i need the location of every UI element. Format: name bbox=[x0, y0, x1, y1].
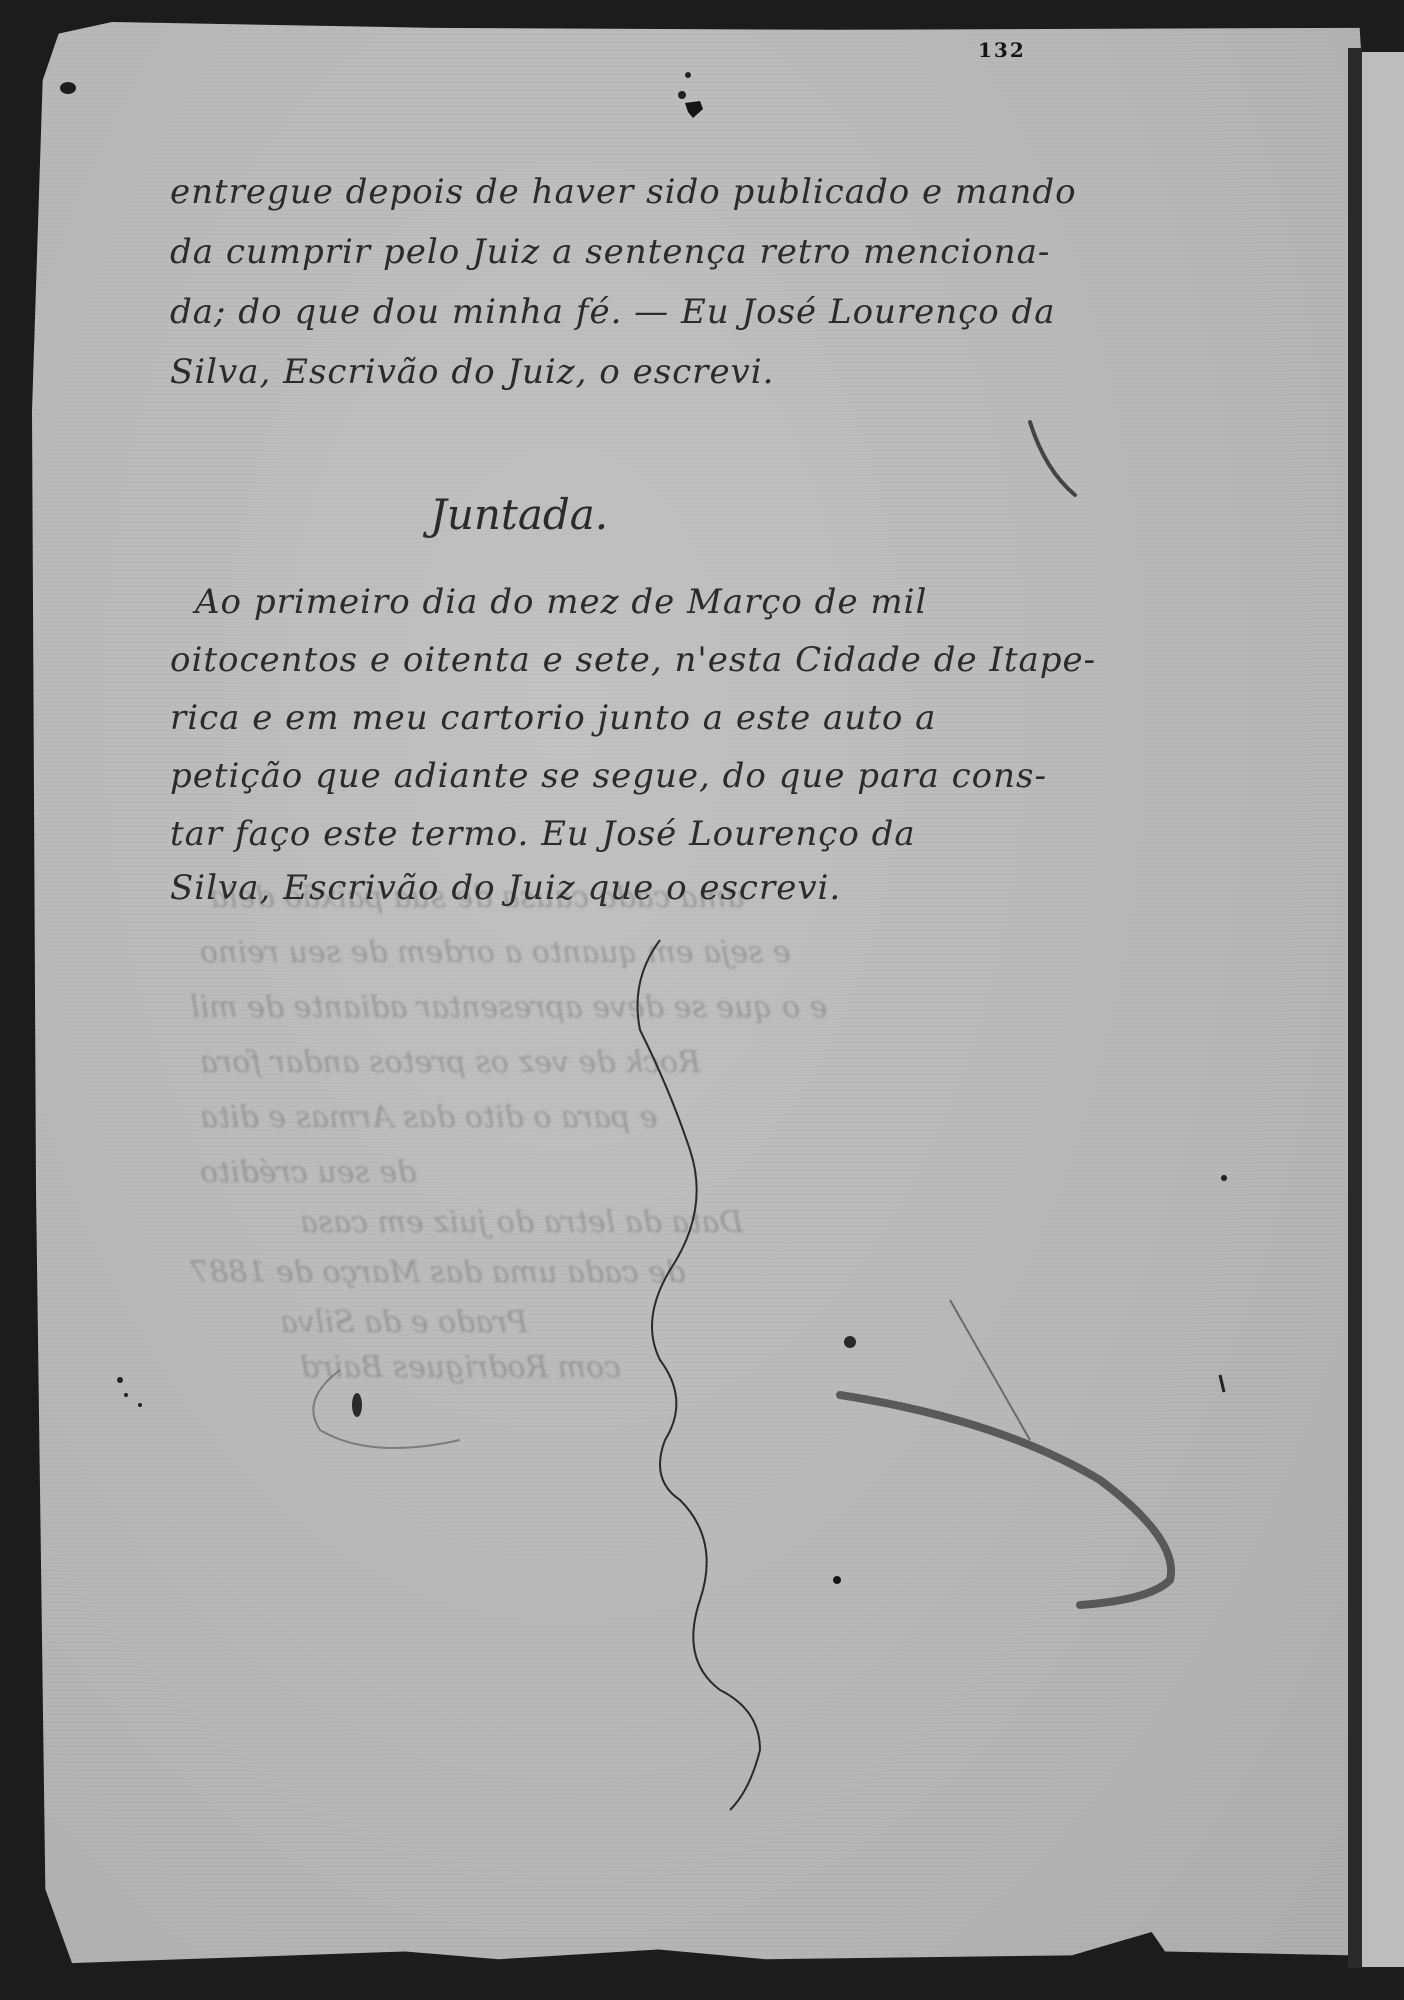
text-line: rica e em meu cartorio junto a este auto… bbox=[170, 698, 936, 738]
text-line: da cumprir pelo Juiz a sentença retro me… bbox=[170, 232, 1050, 272]
bleed-line: Data da letra do juiz em casa bbox=[300, 1205, 743, 1240]
text-line: Ao primeiro dia do mez de Março de mil bbox=[195, 582, 927, 622]
adjacent-page-edge bbox=[1362, 52, 1404, 1967]
bleed-line: de cada uma das Março de 1887 bbox=[190, 1255, 685, 1290]
text-line: tar faço este termo. Eu José Lourenço da bbox=[170, 814, 916, 854]
bleed-line: de seu crédito bbox=[200, 1155, 416, 1190]
text-line: entregue depois de haver sido publicado … bbox=[170, 172, 1077, 212]
scan-canvas: 132 uma cada causa de sua paixão dela e … bbox=[0, 0, 1404, 2000]
folio-number: 132 bbox=[978, 38, 1026, 62]
bleed-line: Rock de vez os pretos andar fora bbox=[200, 1045, 701, 1080]
bleed-line: e para o dito das Armas e dita bbox=[200, 1100, 658, 1135]
bleed-line: com Rodrigues Baird bbox=[300, 1350, 621, 1385]
bleed-line: e seja em quanto a ordem de seu reino bbox=[200, 935, 791, 970]
text-line: petição que adiante se segue, do que par… bbox=[170, 756, 1047, 796]
binding-gutter bbox=[1348, 48, 1362, 1968]
text-line: Silva, Escrivão do Juiz que o escrevi. bbox=[170, 868, 841, 908]
bleed-line: Prado e da Silva bbox=[280, 1305, 528, 1340]
bleed-line: e o que se deve apresentar adiante de mi… bbox=[190, 990, 827, 1025]
section-heading: Juntada. bbox=[430, 490, 608, 539]
text-line: Silva, Escrivão do Juiz, o escrevi. bbox=[170, 352, 774, 392]
text-line: oitocentos e oitenta e sete, n'esta Cida… bbox=[170, 640, 1096, 680]
text-line: da; do que dou minha fé. — Eu José Loure… bbox=[170, 292, 1056, 332]
